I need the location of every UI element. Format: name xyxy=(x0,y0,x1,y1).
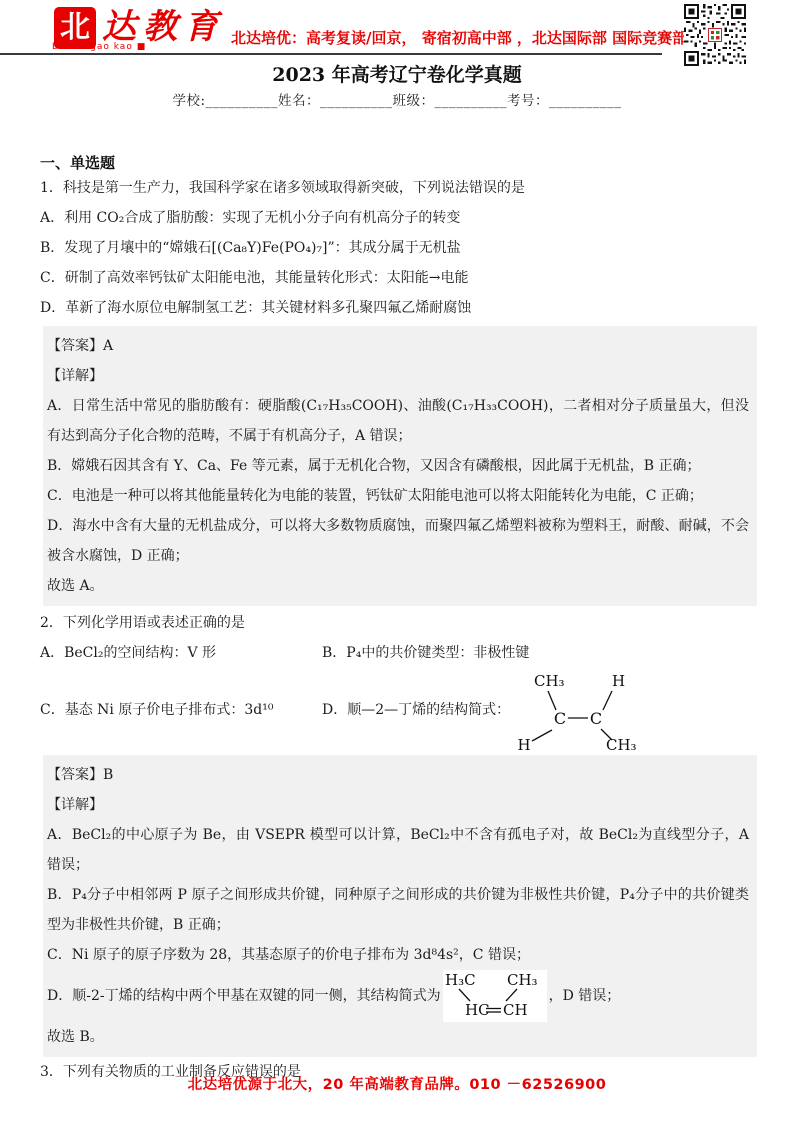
student-info-line: 学校:__________姓名：__________班级：__________考… xyxy=(0,89,794,113)
header-rule xyxy=(0,53,662,55)
q2-explanation-d: D．顺-2-丁烯的结构中两个甲基在双键的同一侧，其结构简式为 H₃C CH₃ H… xyxy=(47,970,749,1022)
header-slogan: 北达培优：高考复读/回京， 寄宿初高中部 ，北达国际部 国际竞赛部 xyxy=(231,27,671,48)
q2-option-c: C．基态 Ni 原子价电子排布式：3d¹⁰ xyxy=(40,695,322,725)
q1-answer-block: 【答案】A 【详解】 A．日常生活中常见的脂肪酸有：硬脂酸(C₁₇H₃₅COOH… xyxy=(43,326,757,606)
q1-explanation-b: B．嫦娥石因其含有 Y、Ca、Fe 等元素，属于无机化合物，又因含有磷酸根，因此… xyxy=(47,451,749,481)
atom-label: HC xyxy=(465,1001,490,1019)
q2-explanation-c: C．Ni 原子的原子序数为 28，其基态原子的价电子排布为 3d⁸4s²，C 错… xyxy=(47,940,749,970)
section-heading: 一、单选题 xyxy=(40,153,770,173)
footer-slogan: 北达培优源于北大，20 年高端教育品牌。010 －62526900 xyxy=(0,1073,794,1094)
q1-option-a: A．利用 CO₂合成了脂肪酸：实现了无机小分子向有机高分子的转变 xyxy=(40,203,770,233)
q2-answer: 【答案】B xyxy=(47,760,749,790)
q1-explanation-c: C．电池是一种可以将其他能量转化为电能的装置，钙钛矿太阳能电池可以将太阳能转化为… xyxy=(47,481,749,511)
atom-label: H xyxy=(612,672,625,690)
q2-options-row-2: C．基态 Ni 原子价电子排布式：3d¹⁰ D．顺—2—丁烯的结构简式： CH₃… xyxy=(40,668,770,752)
q2-option-d-label: D．顺—2—丁烯的结构简式： xyxy=(322,695,510,725)
cis-2-butene-structure: H₃C CH₃ HC CH xyxy=(443,970,547,1022)
q2-option-b: B．P₄中的共价键类型：非极性键 xyxy=(322,638,770,668)
q2-stem: 2．下列化学用语或表述正确的是 xyxy=(40,608,770,638)
q1-option-c: C．研制了高效率钙钛矿太阳能电池，其能量转化形式：太阳能→电能 xyxy=(40,263,770,293)
page-footer: 北达培优源于北大，20 年高端教育品牌。010 －62526900 xyxy=(0,1073,794,1094)
q1-conclusion: 故选 A。 xyxy=(47,571,749,601)
q2-explanation-d-prefix: D．顺-2-丁烯的结构中两个甲基在双键的同一侧，其结构简式为 xyxy=(47,986,441,1006)
page-header: 北 达教育 Bei da gao kao ■ 北达培优：高考复读/回京， 寄宿初… xyxy=(0,0,794,57)
atom-label: C xyxy=(590,709,602,728)
q2-option-a: A．BeCl₂的空间结构：V 形 xyxy=(40,638,322,668)
q2-answer-block: 【答案】B 【详解】 A．BeCl₂的中心原子为 Be，由 VSEPR 模型可以… xyxy=(43,755,757,1057)
q1-answer: 【答案】A xyxy=(47,331,749,361)
qr-code-icon xyxy=(684,4,746,66)
logo-text: 达教育 xyxy=(102,7,225,47)
question-1: 1．科技是第一生产力，我国科学家在诸多领域取得新突破，下列说法错误的是 A．利用… xyxy=(40,173,770,606)
atom-label: C xyxy=(554,709,566,728)
q2-option-d: D．顺—2—丁烯的结构简式： CH₃ H C C H CH₃ xyxy=(322,668,770,752)
atom-label: CH₃ xyxy=(534,672,565,690)
q1-option-b: B．发现了月壤中的“嫦娥石[(Ca₈Y)Fe(PO₄)₇]”：其成分属于无机盐 xyxy=(40,233,770,263)
atom-label: CH₃ xyxy=(507,971,538,989)
q2-detail-label: 【详解】 xyxy=(47,790,749,820)
q2-explanation-d-suffix: ，D 错误； xyxy=(549,986,621,1006)
trans-2-butene-structure: CH₃ H C C H CH₃ xyxy=(512,668,650,752)
q1-stem: 1．科技是第一生产力，我国科学家在诸多领域取得新突破，下列说法错误的是 xyxy=(40,173,770,203)
atom-label: H xyxy=(518,736,531,752)
q2-explanation-b: B．P₄分子中相邻两 P 原子之间形成共价键，同种原子之间形成的共价键为非极性共… xyxy=(47,880,749,940)
exam-page: 北 达教育 Bei da gao kao ■ 北达培优：高考复读/回京， 寄宿初… xyxy=(0,0,794,1123)
q1-detail-label: 【详解】 xyxy=(47,361,749,391)
atom-label: CH xyxy=(503,1001,528,1019)
atom-label: H₃C xyxy=(445,971,476,989)
question-2: 2．下列化学用语或表述正确的是 A．BeCl₂的空间结构：V 形 B．P₄中的共… xyxy=(40,608,770,1057)
q2-conclusion: 故选 B。 xyxy=(47,1022,749,1052)
q1-explanation-d: D．海水中含有大量的无机盐成分，可以将大多数物质腐蚀，而聚四氟乙烯塑料被称为塑料… xyxy=(47,511,749,571)
q2-explanation-a: A．BeCl₂的中心原子为 Be，由 VSEPR 模型可以计算，BeCl₂中不含… xyxy=(47,820,749,880)
q2-options-row-1: A．BeCl₂的空间结构：V 形 B．P₄中的共价键类型：非极性键 xyxy=(40,638,770,668)
page-title: 2023 年高考辽宁卷化学真题 xyxy=(0,61,794,89)
q1-option-d: D．革新了海水原位电解制氢工艺：其关键材料多孔聚四氟乙烯耐腐蚀 xyxy=(40,293,770,323)
logo-subtext: Bei da gao kao ■ xyxy=(52,42,146,52)
q1-explanation-a: A．日常生活中常见的脂肪酸有：硬脂酸(C₁₇H₃₅COOH)、油酸(C₁₇H₃₃… xyxy=(47,391,749,451)
exam-body: 一、单选题 1．科技是第一生产力，我国科学家在诸多领域取得新突破，下列说法错误的… xyxy=(0,153,794,1087)
